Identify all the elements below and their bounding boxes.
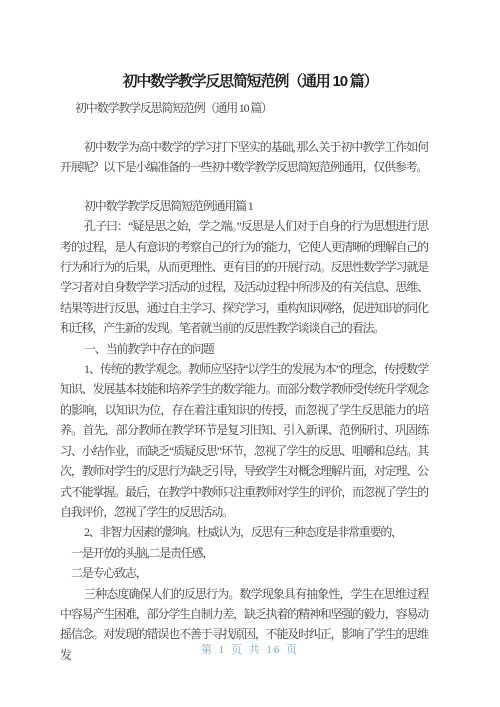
paragraph-attitude-open-mind: 一是开放的头脑,二是责任感， xyxy=(60,543,428,563)
document-title: 初中数学教学反思简短范例（通用 10 篇） xyxy=(40,70,460,94)
intro-paragraph: 初中数学为高中数学的学习打下坚实的基础, 那么关于初中教学工作如何开展呢？以下是… xyxy=(60,137,428,178)
page-number-text: 第 1 页 共 16 页 xyxy=(201,644,299,656)
paragraph-traditional-teaching: 1、传统的教学观念。教师应坚持“以学生的发展为本”的理念，传授数学知识、发展基本… xyxy=(60,359,428,522)
paragraph-problems-heading: 一、当前教学中存在的问题 xyxy=(60,339,428,359)
document-subtitle: 初中数学教学反思简短范例（通用 10 篇） xyxy=(75,98,440,118)
document-body: 初中数学为高中数学的学习打下坚实的基础, 那么关于初中教学工作如何开展呢？以下是… xyxy=(60,137,428,665)
section-heading-part-1: 初中数学教学反思简短范例通用篇 1 xyxy=(60,196,428,216)
document-page: 初中数学教学反思简短范例（通用 10 篇） 初中数学教学反思简短范例（通用 10… xyxy=(0,0,500,707)
paragraph-reflection-definition: 孔子曰：“疑是思之始，学之端。”反思是人们对于自身的行为思想进行思考的过程，是人… xyxy=(60,216,428,338)
paragraph-non-intellectual-factors: 2、非智力因素的影响。杜威认为，反思有三种态度是非常重要的， xyxy=(60,522,428,542)
paragraph-attitude-concentration: 二是专心致志， xyxy=(60,563,428,583)
page-number-footer: 第 1 页 共 16 页 xyxy=(0,641,500,657)
